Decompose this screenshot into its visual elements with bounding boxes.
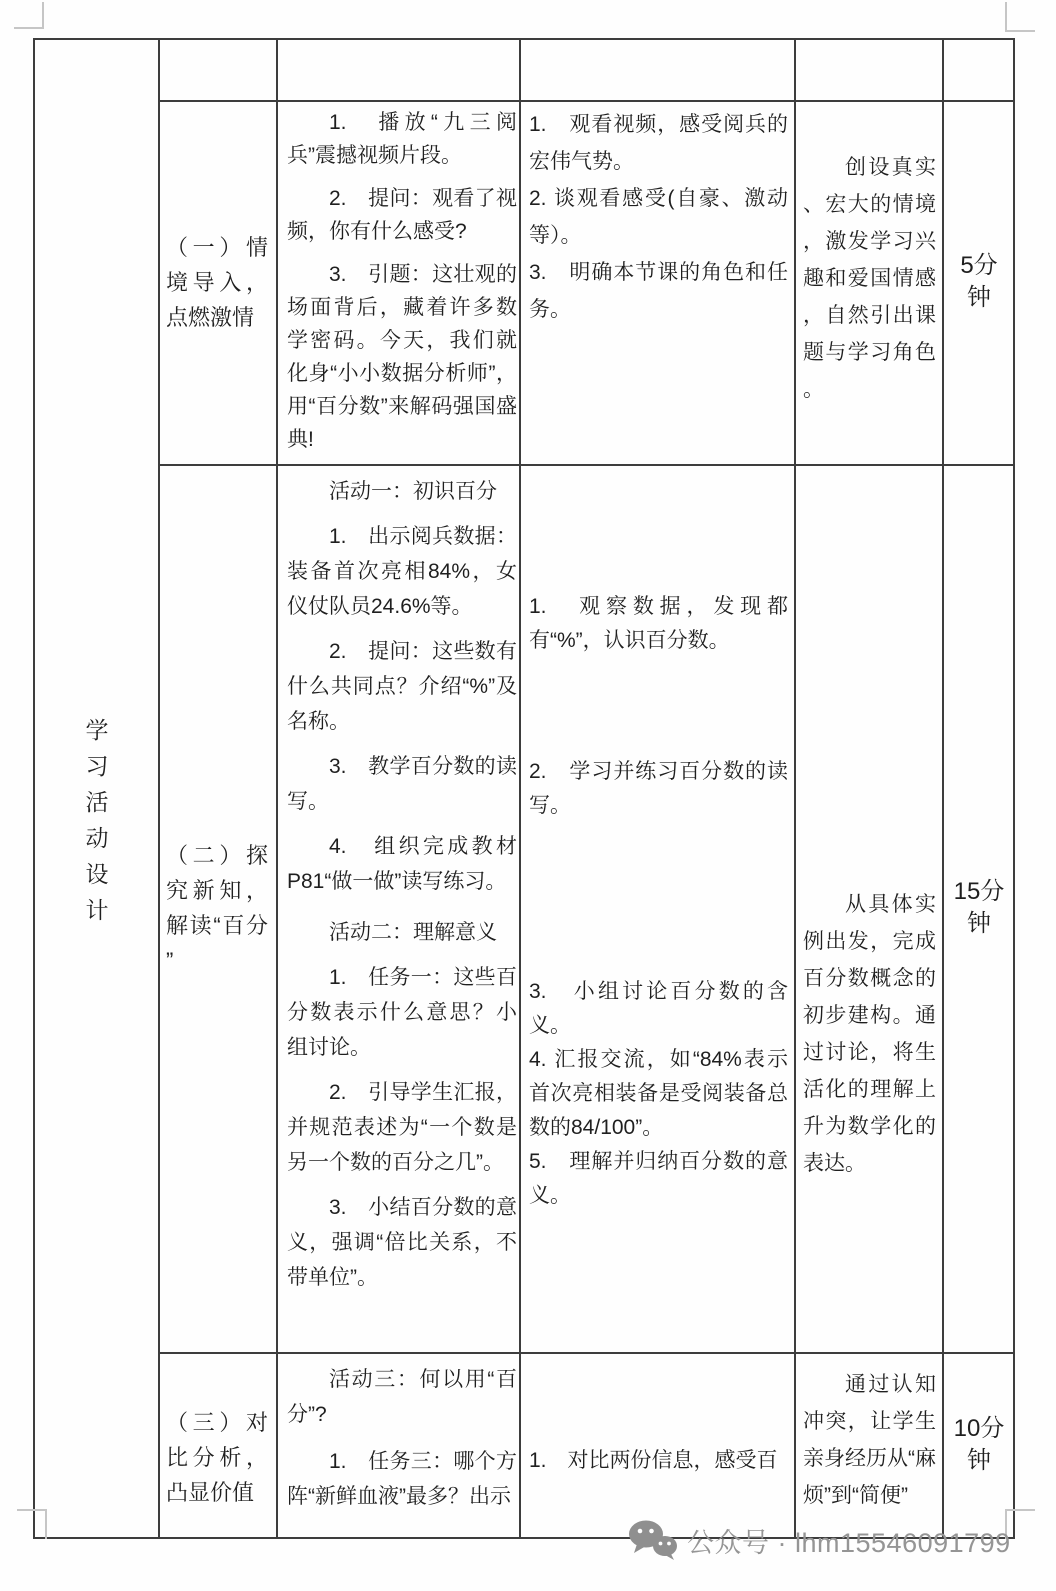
time-value: 5分钟: [951, 250, 1007, 314]
wechat-icon: [628, 1520, 678, 1560]
document-page: 学习活动设计 （一）情境导入，点燃激情 （二）探究新知，解读“百分” （三）对比…: [0, 0, 1056, 1591]
table-grid-line: [519, 38, 521, 1539]
paragraph: 4. 汇报交流，如“84%表示首次亮相装备是受阅装备总数的84/100”。: [529, 1043, 788, 1145]
time-value: 15分钟: [951, 876, 1007, 940]
teacher-activities-row3: 活动三：何以用“百分”? 1. 任务三：哪个方阵“新鲜血液”最多？出示: [287, 1362, 517, 1526]
paragraph: 1. 播放“九三阅兵”震撼视频片段。: [287, 106, 517, 172]
teacher-activities-row2: 活动一：初识百分 1. 出示阅兵数据：装备首次亮相84%，女仪仗队员24.6%等…: [287, 474, 517, 1305]
student-activities-row3: 1. 对比两份信息，感受百: [529, 1443, 788, 1479]
page-margin-marker: [14, 2, 44, 29]
table-grid-line: [158, 100, 1015, 102]
stage-cell-2: （二）探究新知，解读“百分”: [166, 464, 268, 1352]
paragraph: 2. 提问：观看了视频，你有什么感受?: [287, 182, 517, 248]
design-intent-row1: 创设真实、宏大的情境，激发学习兴趣和爱国情感，自然引出课题与学习角色。: [803, 149, 936, 408]
paragraph: 1. 观看视频，感受阅兵的宏伟气势。: [529, 106, 788, 180]
stage-cell-3: （三）对比分析，凸显价值: [166, 1352, 268, 1537]
paragraph: 2. 谈观看感受(自豪、激动等）。: [529, 180, 788, 254]
time-cell-row3: 10分钟: [951, 1352, 1007, 1537]
paragraph: 活动一：初识百分: [287, 474, 517, 509]
student-activities-row1: 1. 观看视频，感受阅兵的宏伟气势。 2. 谈观看感受(自豪、激动等）。 3. …: [529, 106, 788, 328]
student-activities-row2: 1. 观察数据，发现都有“%”，认识百分数。 2. 学习并练习百分数的读写。 3…: [529, 590, 788, 1213]
paragraph: 1. 出示阅兵数据：装备首次亮相84%，女仪仗队员24.6%等。: [287, 519, 517, 624]
paragraph: 5. 理解并归纳百分数的意义。: [529, 1145, 788, 1213]
teacher-activities-row1: 1. 播放“九三阅兵”震撼视频片段。 2. 提问：观看了视频，你有什么感受? 3…: [287, 106, 517, 466]
table-grid-line: [158, 1352, 1015, 1354]
table-side-header: 学习活动设计: [35, 38, 157, 1537]
paragraph: 2. 引导学生汇报，并规范表述为“一个数是另一个数的百分之几”。: [287, 1075, 517, 1180]
page-margin-marker: [1005, 2, 1035, 32]
paragraph: 创设真实、宏大的情境，激发学习兴趣和爱国情感，自然引出课题与学习角色。: [803, 149, 936, 408]
table-grid-line: [276, 38, 278, 1539]
watermark-text: 公众号 · lhm15546091799: [687, 1521, 1011, 1560]
design-intent-row3: 通过认知冲突，让学生亲身经历从“麻烦”到“简便”: [803, 1366, 936, 1514]
paragraph: 3. 教学百分数的读写。: [287, 749, 517, 819]
paragraph: 2. 学习并练习百分数的读写。: [529, 755, 788, 823]
watermark: 公众号 · lhm15546091799: [628, 1520, 1011, 1560]
stage-cell-1: （一）情境导入，点燃激情: [166, 100, 268, 464]
paragraph: 3. 小结百分数的意义，强调“倍比关系，不带单位”。: [287, 1190, 517, 1295]
stage-label: （三）对比分析，凸显价值: [166, 1405, 268, 1510]
paragraph: 3. 小组讨论百分数的含义。: [529, 975, 788, 1043]
paragraph: 3. 引题：这壮观的场面背后，藏着许多数学密码。今天，我们就化身“小小数据分析师…: [287, 258, 517, 456]
paragraph: 活动二：理解意义: [287, 915, 517, 950]
table-grid-line: [1013, 38, 1015, 1539]
stage-label: （二）探究新知，解读“百分”: [166, 838, 268, 978]
table-grid-line: [794, 38, 796, 1539]
table-grid-line: [33, 38, 1015, 40]
time-cell-row1: 5分钟: [951, 100, 1007, 464]
paragraph: 从具体实例出发，完成百分数概念的初步建构。通过讨论，将生活化的理解上升为数学化的…: [803, 886, 936, 1182]
paragraph: 通过认知冲突，让学生亲身经历从“麻烦”到“简便”: [803, 1366, 936, 1514]
paragraph: 1. 任务一：这些百分数表示什么意思？小组讨论。: [287, 960, 517, 1065]
table-grid-line: [942, 38, 944, 1539]
table-grid-line: [158, 38, 160, 1539]
side-header-label: 学习活动设计: [80, 718, 113, 934]
paragraph: 活动三：何以用“百分”?: [287, 1362, 517, 1432]
time-value: 10分钟: [951, 1413, 1007, 1477]
design-intent-row2: 从具体实例出发，完成百分数概念的初步建构。通过讨论，将生活化的理解上升为数学化的…: [803, 886, 936, 1182]
time-cell-row2: 15分钟: [951, 464, 1007, 1352]
paragraph: 1. 观察数据，发现都有“%”，认识百分数。: [529, 590, 788, 658]
stage-label: （一）情境导入，点燃激情: [166, 230, 268, 335]
paragraph: 2. 提问：这些数有什么共同点？介绍“%”及名称。: [287, 634, 517, 739]
paragraph: 3. 明确本节课的角色和任务。: [529, 254, 788, 328]
paragraph: 1. 对比两份信息，感受百: [529, 1443, 788, 1479]
paragraph: 1. 任务三：哪个方阵“新鲜血液”最多？出示: [287, 1444, 517, 1514]
paragraph: 4. 组织完成教材P81“做一做”读写练习。: [287, 829, 517, 899]
